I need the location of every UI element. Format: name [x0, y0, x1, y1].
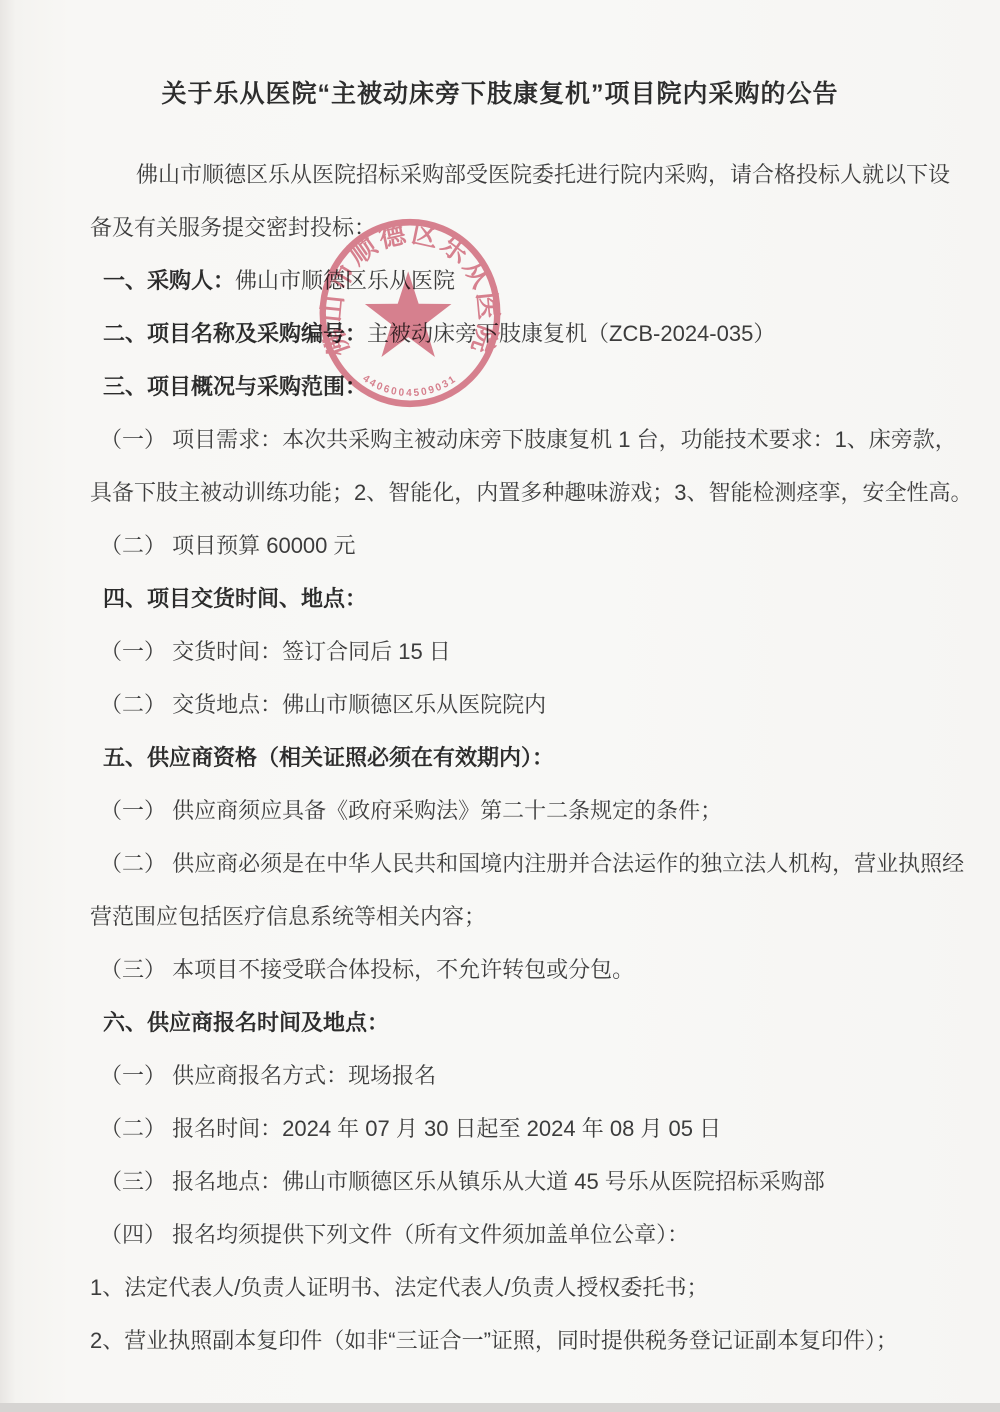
document-line: 二、项目名称及采购编号：主被动床旁下肢康复机（ZCB-2024-035）	[90, 307, 940, 360]
document-line: （一） 项目需求：本次共采购主被动床旁下肢康复机 1 台，功能技术要求：1、床旁…	[90, 413, 940, 466]
document-line: 一、采购人：佛山市顺德区乐从医院	[90, 254, 940, 307]
document-line: （一） 供应商报名方式：现场报名	[90, 1049, 940, 1102]
line-label: 五、供应商资格（相关证照必须在有效期内）：	[103, 745, 554, 770]
document-line: 1、法定代表人/负责人证明书、法定代表人/负责人授权委托书；	[90, 1261, 940, 1314]
line-label: 六、供应商报名时间及地点：	[103, 1010, 389, 1035]
document-line: 四、项目交货时间、地点：	[90, 572, 940, 625]
line-text: （四） 报名均须提供下列文件（所有文件须加盖单位公章）：	[100, 1222, 689, 1247]
line-text: （二） 供应商必须是在中华人民共和国境内注册并合法运作的独立法人机构，营业执照经	[100, 851, 964, 876]
document-line: （三） 本项目不接受联合体投标，不允许转包或分包。	[90, 943, 940, 996]
line-text: （三） 报名地点：佛山市顺德区乐从镇乐从大道 45 号乐从医院招标采购部	[100, 1169, 825, 1194]
document-title: 关于乐从医院“主被动床旁下肢康复机”项目院内采购的公告	[40, 76, 960, 112]
line-text: 营范围应包括医疗信息系统等相关内容；	[90, 904, 486, 929]
scan-edge-bottom	[0, 1403, 1000, 1412]
line-text: 具备下肢主被动训练功能；2、智能化，内置多种趣味游戏；3、智能检测痉挛，安全性高…	[90, 480, 972, 505]
document-body: 佛山市顺德区乐从医院招标采购部受医院委托进行院内采购，请合格投标人就以下设备及有…	[90, 148, 940, 1367]
document-line: 佛山市顺德区乐从医院招标采购部受医院委托进行院内采购，请合格投标人就以下设	[90, 148, 940, 201]
line-text: 主被动床旁下肢康复机（ZCB-2024-035）	[367, 321, 775, 346]
document-line: 五、供应商资格（相关证照必须在有效期内）：	[90, 731, 940, 784]
line-text: 2、营业执照副本复印件（如非“三证合一”证照，同时提供税务登记证副本复印件）；	[90, 1328, 898, 1353]
document-line: （二） 项目预算 60000 元	[90, 519, 940, 572]
document-line: （一） 供应商须应具备《政府采购法》第二十二条规定的条件；	[90, 784, 940, 837]
line-label: 四、项目交货时间、地点：	[103, 586, 367, 611]
document-line: （四） 报名均须提供下列文件（所有文件须加盖单位公章）：	[90, 1208, 940, 1261]
document-line: 三、项目概况与采购范围：	[90, 360, 940, 413]
line-text: 佛山市顺德区乐从医院招标采购部受医院委托进行院内采购，请合格投标人就以下设	[136, 162, 950, 187]
document-line: 营范围应包括医疗信息系统等相关内容；	[90, 890, 940, 943]
line-text: （二） 报名时间：2024 年 07 月 30 日起至 2024 年 08 月 …	[100, 1116, 721, 1141]
document-line: （一） 交货时间：签订合同后 15 日	[90, 625, 940, 678]
line-label: 一、采购人：	[103, 268, 235, 293]
line-text: （一） 交货时间：签订合同后 15 日	[100, 639, 451, 664]
line-text: （一） 供应商报名方式：现场报名	[100, 1063, 436, 1088]
line-text: 佛山市顺德区乐从医院	[235, 268, 455, 293]
line-text: 1、法定代表人/负责人证明书、法定代表人/负责人授权委托书；	[90, 1275, 708, 1300]
document-line: （三） 报名地点：佛山市顺德区乐从镇乐从大道 45 号乐从医院招标采购部	[90, 1155, 940, 1208]
line-text: 备及有关服务提交密封投标：	[90, 215, 376, 240]
document-line: 2、营业执照副本复印件（如非“三证合一”证照，同时提供税务登记证副本复印件）；	[90, 1314, 940, 1367]
line-text: （一） 供应商须应具备《政府采购法》第二十二条规定的条件；	[100, 798, 722, 823]
line-text: （三） 本项目不接受联合体投标，不允许转包或分包。	[100, 957, 634, 982]
document-line: （二） 交货地点：佛山市顺德区乐从医院院内	[90, 678, 940, 731]
line-label: 三、项目概况与采购范围：	[103, 374, 367, 399]
scanned-document-page: 关于乐从医院“主被动床旁下肢康复机”项目院内采购的公告 佛山市顺德区乐从医院招标…	[0, 0, 1000, 1412]
line-label: 二、项目名称及采购编号：	[103, 321, 367, 346]
document-line: （二） 供应商必须是在中华人民共和国境内注册并合法运作的独立法人机构，营业执照经	[90, 837, 940, 890]
document-line: 六、供应商报名时间及地点：	[90, 996, 940, 1049]
document-line: （二） 报名时间：2024 年 07 月 30 日起至 2024 年 08 月 …	[90, 1102, 940, 1155]
document-line: 具备下肢主被动训练功能；2、智能化，内置多种趣味游戏；3、智能检测痉挛，安全性高…	[90, 466, 940, 519]
line-text: （一） 项目需求：本次共采购主被动床旁下肢康复机 1 台，功能技术要求：1、床旁…	[100, 427, 957, 452]
document-line: 备及有关服务提交密封投标：	[90, 201, 940, 254]
line-text: （二） 项目预算 60000 元	[100, 533, 356, 558]
line-text: （二） 交货地点：佛山市顺德区乐从医院院内	[100, 692, 546, 717]
